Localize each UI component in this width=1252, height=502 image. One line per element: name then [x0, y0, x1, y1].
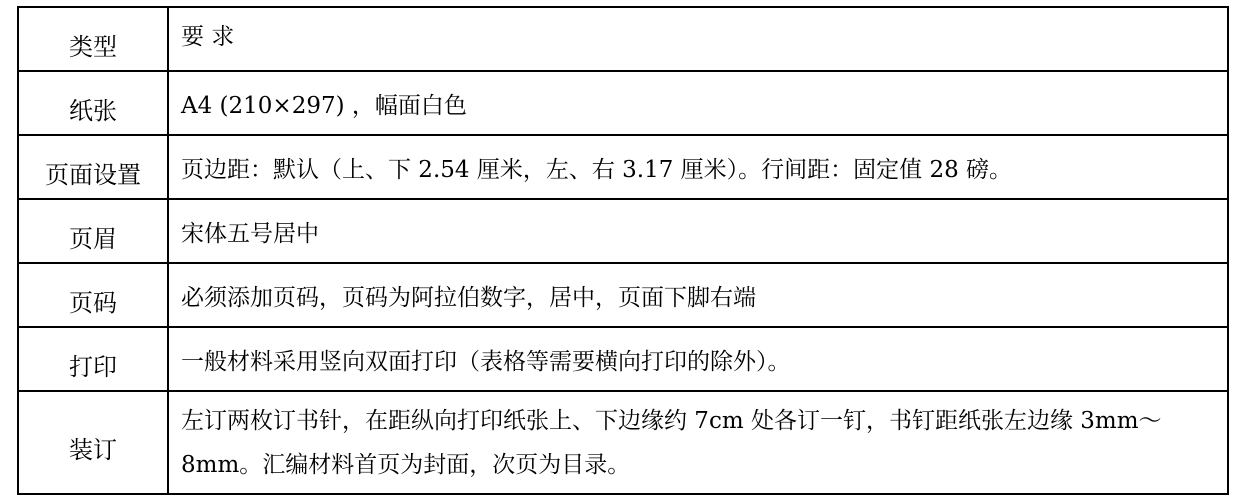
type-label: 页眉	[69, 209, 117, 254]
header-type-cell: 类型	[18, 7, 168, 71]
requirement-cell: 宋体五号居中	[168, 199, 1228, 263]
type-label: 纸张	[69, 81, 117, 126]
type-cell: 装订	[18, 391, 168, 494]
table-row-header: 页眉 宋体五号居中	[18, 199, 1228, 263]
requirement-text: 左订两枚订书针，在距纵向打印纸张上、下边缘约 7cm 处各订一钉，书钉距纸张左边…	[181, 399, 1227, 487]
header-requirement-label: 要 求	[181, 18, 234, 61]
table-row-binding: 装订 左订两枚订书针，在距纵向打印纸张上、下边缘约 7cm 处各订一钉，书钉距纸…	[18, 391, 1228, 494]
requirement-text: A4 (210×297) ，幅面白色	[181, 87, 467, 120]
type-cell: 打印	[18, 327, 168, 391]
requirement-cell: 必须添加页码，页码为阿拉伯数字，居中，页面下脚右端	[168, 263, 1228, 327]
type-cell: 页面设置	[18, 135, 168, 199]
type-label: 页码	[69, 273, 117, 318]
requirement-cell: 页边距：默认（上、下 2.54 厘米，左、右 3.17 厘米）。行间距：固定值 …	[168, 135, 1228, 199]
type-label: 页面设置	[45, 145, 141, 190]
table-header-row: 类型 要 求	[18, 7, 1228, 71]
header-type-label: 类型	[69, 17, 117, 62]
type-label: 装订	[69, 420, 117, 465]
table-row-page-number: 页码 必须添加页码，页码为阿拉伯数字，居中，页面下脚右端	[18, 263, 1228, 327]
requirement-cell: A4 (210×297) ，幅面白色	[168, 71, 1228, 135]
type-cell: 纸张	[18, 71, 168, 135]
requirement-text: 宋体五号居中	[181, 215, 319, 248]
requirement-text: 一般材料采用竖向双面打印（表格等需要横向打印的除外）。	[181, 343, 791, 376]
requirements-table: 类型 要 求 纸张 A4 (210×297) ，幅面白色 页面设置 页边距：默认…	[17, 6, 1229, 495]
type-cell: 页码	[18, 263, 168, 327]
table-row-printing: 打印 一般材料采用竖向双面打印（表格等需要横向打印的除外）。	[18, 327, 1228, 391]
header-requirement-cell: 要 求	[168, 7, 1228, 71]
table-row-page-setup: 页面设置 页边距：默认（上、下 2.54 厘米，左、右 3.17 厘米）。行间距…	[18, 135, 1228, 199]
type-label: 打印	[69, 337, 117, 382]
requirement-cell: 一般材料采用竖向双面打印（表格等需要横向打印的除外）。	[168, 327, 1228, 391]
requirement-text: 页边距：默认（上、下 2.54 厘米，左、右 3.17 厘米）。行间距：固定值 …	[181, 151, 1012, 184]
table-row-paper: 纸张 A4 (210×297) ，幅面白色	[18, 71, 1228, 135]
requirement-text: 必须添加页码，页码为阿拉伯数字，居中，页面下脚右端	[181, 279, 756, 312]
requirement-cell: 左订两枚订书针，在距纵向打印纸张上、下边缘约 7cm 处各订一钉，书钉距纸张左边…	[168, 391, 1228, 494]
type-cell: 页眉	[18, 199, 168, 263]
